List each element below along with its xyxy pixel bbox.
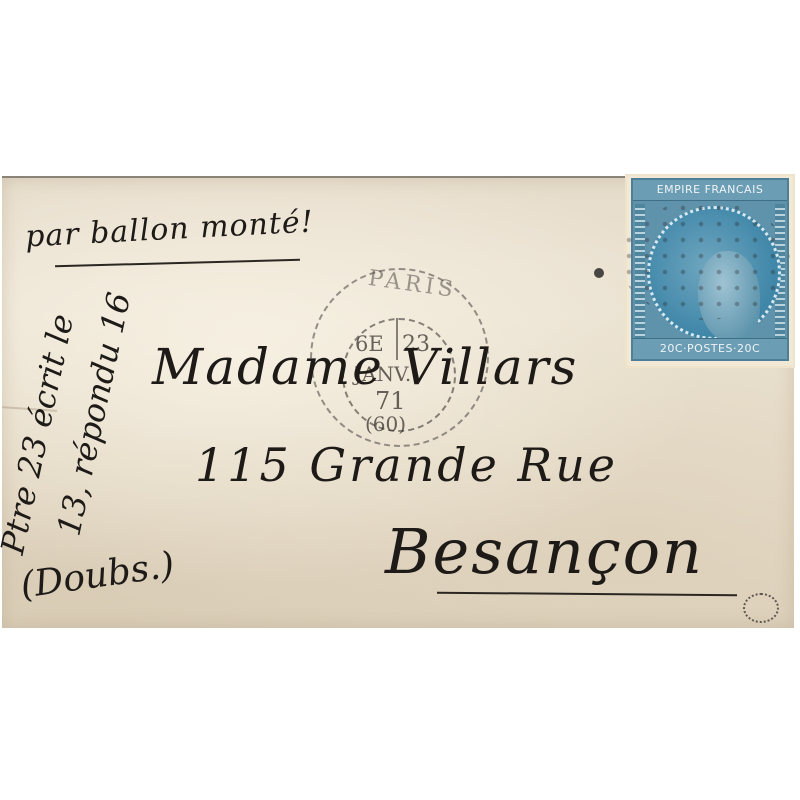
ink-dot (594, 268, 604, 278)
recipient-name: Madame Villars (152, 338, 578, 396)
star-cancel-mark (620, 200, 790, 320)
street-address: 115 Grande Rue (195, 438, 618, 492)
arrival-postmark-icon (743, 593, 779, 623)
city-name: Besançon (385, 515, 704, 588)
stamp-top-text: EMPIRE FRANCAIS (633, 180, 787, 201)
stamp-bottom-text: 20C·POSTES·20C (633, 338, 787, 359)
postmark-department: (60) (365, 412, 406, 436)
